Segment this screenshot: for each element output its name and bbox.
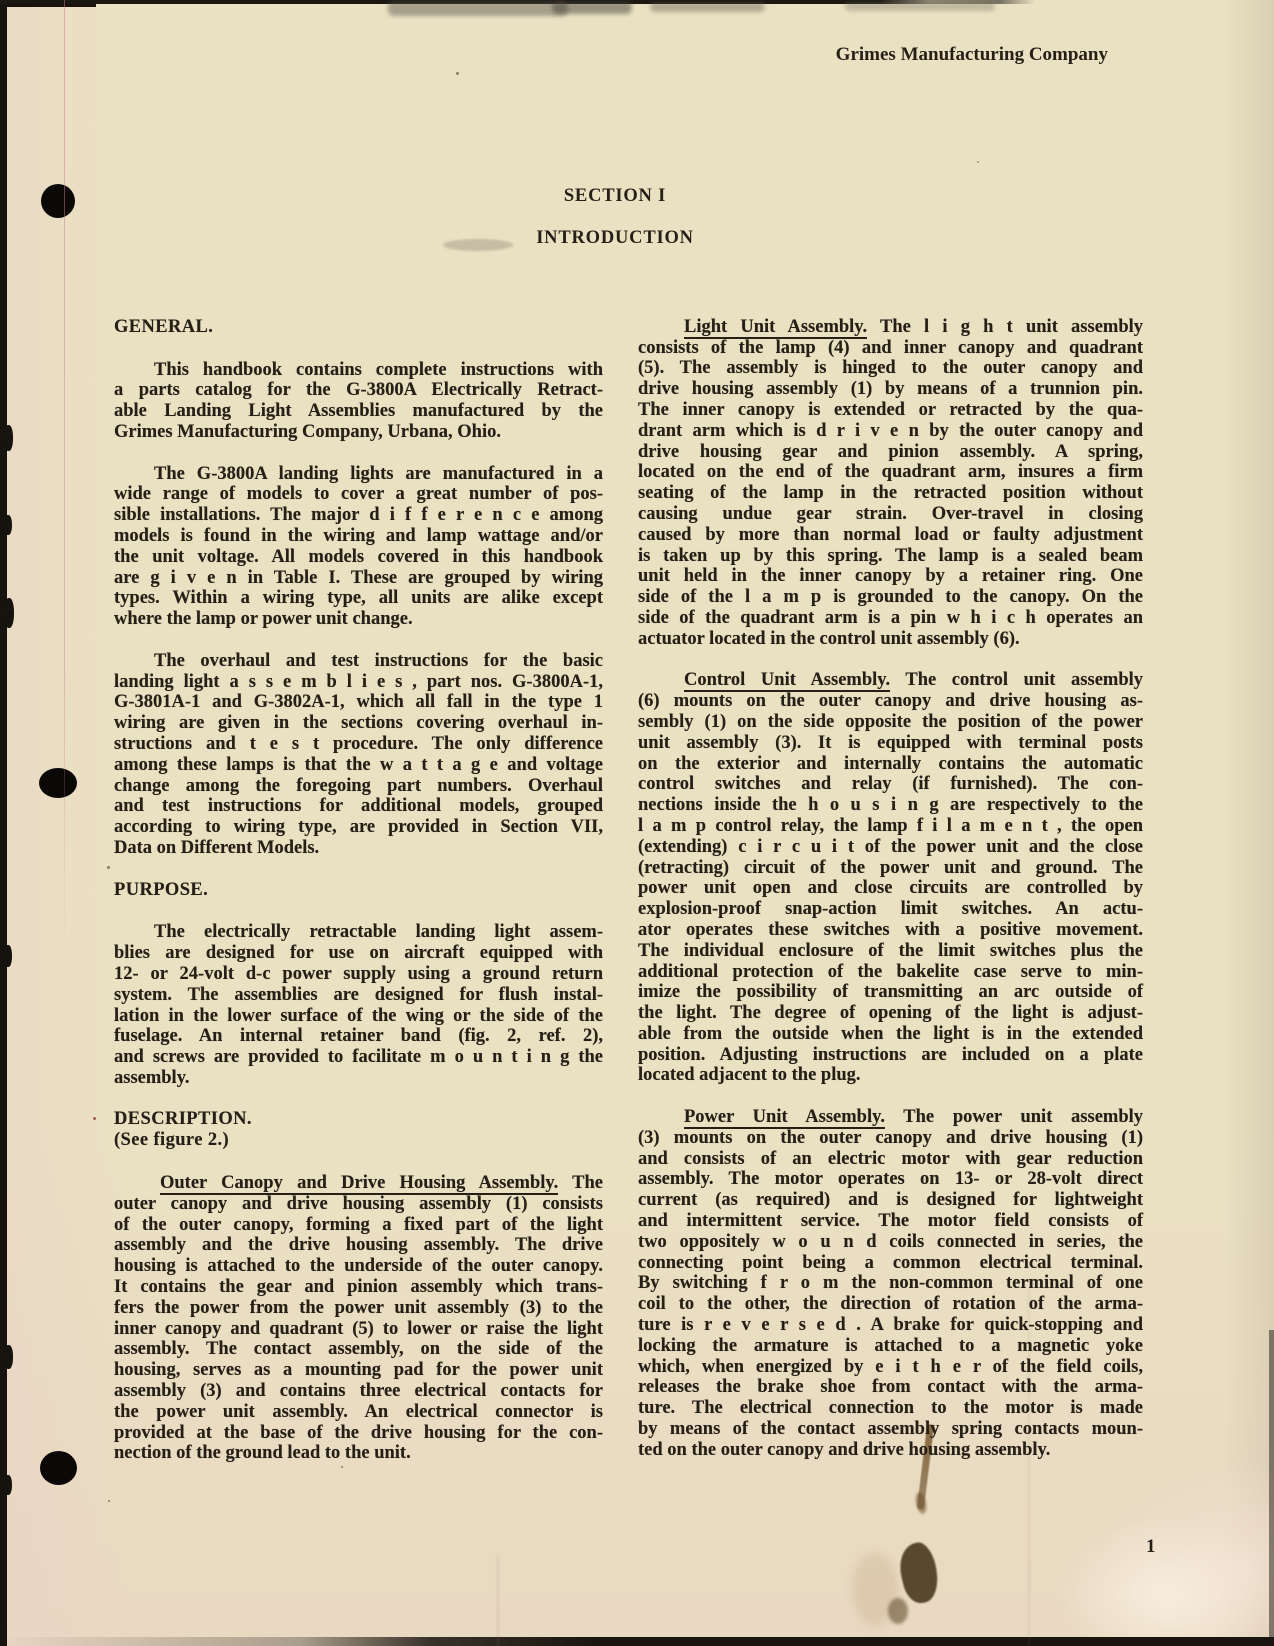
text-line: and consists of an electric motor with g… <box>638 1149 1143 1170</box>
text-line: provided at the base of the drive housin… <box>114 1423 603 1444</box>
section-heading: GENERAL. <box>114 317 603 338</box>
brown-stain-blob <box>894 1540 943 1607</box>
paper-edge-tear <box>4 945 12 967</box>
left-column: GENERAL.This handbook contains complete … <box>114 296 603 1464</box>
text-line: able Landing Light Assemblies manufactur… <box>114 401 603 422</box>
text-line: according to wiring type, are provided i… <box>114 817 603 838</box>
text-line: assembly and the drive housing assembly.… <box>114 1235 603 1256</box>
text-line: The G-3800A landing lights are manufactu… <box>114 464 603 485</box>
paper-edge-tear <box>4 1345 13 1369</box>
text-line: 12- or 24-volt d-c power supply using a … <box>114 964 603 985</box>
text-line: Control Unit Assembly. The control unit … <box>638 670 1143 691</box>
text-line: control switches and relay (if furnished… <box>638 774 1143 795</box>
ink-smudge <box>552 1 632 14</box>
paragraph: This handbook contains complete instruct… <box>114 360 603 443</box>
paper-speck <box>107 866 110 869</box>
paper-speck <box>977 161 979 163</box>
text-line: side of the quadrant arm is a pin w h i … <box>638 608 1143 629</box>
text-line: housing, serves as a mounting pad for th… <box>114 1360 603 1381</box>
text-line: inner canopy and quadrant (5) to lower o… <box>114 1319 603 1340</box>
paper-speck <box>341 1466 343 1468</box>
paragraph: The G-3800A landing lights are manufactu… <box>114 464 603 630</box>
text-line: The electrically retractable landing lig… <box>114 922 603 943</box>
paragraph: Control Unit Assembly. The control unit … <box>638 670 1143 1086</box>
paragraph: Outer Canopy and Drive Housing Assembly.… <box>114 1173 603 1464</box>
text-line: sible installations. The major d i f f e… <box>114 505 603 526</box>
scanned-manual-page: Grimes Manufacturing Company SECTION I I… <box>0 0 1274 1646</box>
text-line: drant arm which is d r i v e n by the ou… <box>638 421 1143 442</box>
text-line: where the lamp or power unit change. <box>114 609 603 630</box>
text-line: Power Unit Assembly. The power unit asse… <box>638 1107 1143 1128</box>
text-line: This handbook contains complete instruct… <box>114 360 603 381</box>
text-line: explosion-proof snap-action limit switch… <box>638 899 1143 920</box>
paper-edge-tear <box>4 598 14 628</box>
hole-punch <box>39 768 77 798</box>
text-line: drive housing assembly (1) by means of a… <box>638 379 1143 400</box>
scan-edge-bottom <box>0 1637 1274 1646</box>
text-line: sembly (1) on the side opposite the posi… <box>638 712 1143 733</box>
text-line: types. Within a wiring type, all units a… <box>114 588 603 609</box>
text-line: by means of the contact assembly spring … <box>638 1419 1143 1440</box>
text-line: located adjacent to the plug. <box>638 1065 1143 1086</box>
text-line: l a m p control relay, the lamp f i l a … <box>638 816 1143 837</box>
stain-smear <box>852 1552 898 1626</box>
text-line: wide range of models to cover a great nu… <box>114 484 603 505</box>
text-line: (extending) c i r c u i t of the power u… <box>638 837 1143 858</box>
text-line: The inner canopy is extended or retracte… <box>638 400 1143 421</box>
ink-smudge <box>845 2 995 11</box>
text-line: of the outer canopy, forming a fixed par… <box>114 1215 603 1236</box>
text-line: outer canopy and drive housing assembly … <box>114 1194 603 1215</box>
text-line: ator operates these switches with a posi… <box>638 920 1143 941</box>
text-line: the unit voltage. All models covered in … <box>114 547 603 568</box>
text-line: and intermittent service. The motor fiel… <box>638 1211 1143 1232</box>
text-line: actuator located in the control unit ass… <box>638 629 1143 650</box>
section-subtitle: INTRODUCTION <box>0 228 1230 249</box>
runin-heading: Outer Canopy and Drive Housing Assembly. <box>160 1173 558 1195</box>
text-line: ture. The electrical connection to the m… <box>638 1398 1143 1419</box>
text-line: lation in the lower surface of the wing … <box>114 1006 603 1027</box>
text-line: system. The assemblies are designed for … <box>114 985 603 1006</box>
text-line: able from the outside when the light is … <box>638 1024 1143 1045</box>
text-line: nections inside the h o u s i n g are re… <box>638 795 1143 816</box>
text-line: and screws are provided to facilitate m … <box>114 1047 603 1068</box>
text-line: consists of the lamp (4) and inner canop… <box>638 338 1143 359</box>
ruled-margin-line <box>64 0 65 960</box>
text-line: assembly (3) and contains three electric… <box>114 1381 603 1402</box>
text-line: power unit open and close circuits are c… <box>638 878 1143 899</box>
paper-speck <box>93 1117 96 1120</box>
text-line: drive housing gear and pinion assembly. … <box>638 442 1143 463</box>
text-line: locking the armature is attached to a ma… <box>638 1336 1143 1357</box>
section-heading: DESCRIPTION. <box>114 1109 603 1130</box>
text-line: a parts catalog for the G-3800A Electric… <box>114 380 603 401</box>
scan-edge-right <box>1269 1330 1274 1646</box>
paper-edge-tear <box>4 1475 12 1495</box>
text-line: housing is attached to the underside of … <box>114 1256 603 1277</box>
text-line: assembly. The contact assembly, on the s… <box>114 1339 603 1360</box>
paper-edge-tear <box>4 425 13 451</box>
section-heading: (See figure 2.) <box>114 1130 603 1151</box>
text-line: seating of the lamp in the retracted pos… <box>638 483 1143 504</box>
scan-edge-top <box>0 0 1035 4</box>
text-line: side of the l a m p is grounded to the c… <box>638 587 1143 608</box>
text-line: Light Unit Assembly. The l i g h t unit … <box>638 317 1143 338</box>
text-line: structions and t e s t procedure. The on… <box>114 734 603 755</box>
text-line: Grimes Manufacturing Company, Urbana, Oh… <box>114 422 603 443</box>
text-line: (3) mounts on the outer canopy and drive… <box>638 1128 1143 1149</box>
text-line: releases the brake shoe from contact wit… <box>638 1377 1143 1398</box>
paragraph: Light Unit Assembly. The l i g h t unit … <box>638 317 1143 650</box>
text-line: are g i v e n in Table I. These are grou… <box>114 568 603 589</box>
paragraph: Power Unit Assembly. The power unit asse… <box>638 1107 1143 1461</box>
text-line: causing undue gear strain. Over-travel i… <box>638 504 1143 525</box>
paper-crease <box>497 1556 499 1646</box>
text-line: and test instructions for additional mod… <box>114 796 603 817</box>
brown-stain-blob <box>888 1598 908 1624</box>
section-title: SECTION I <box>0 186 1230 207</box>
text-line: G-3801A-1 and G-3802A-1, which all fall … <box>114 692 603 713</box>
paper-edge-tear <box>4 515 12 535</box>
text-line: nection of the ground lead to the unit. <box>114 1443 603 1464</box>
text-line: which, when energized by e i t h e r of … <box>638 1357 1143 1378</box>
text-line: ture is r e v e r s e d . A brake for qu… <box>638 1315 1143 1336</box>
text-line: connecting point being a common electric… <box>638 1253 1143 1274</box>
section-heading: PURPOSE. <box>114 880 603 901</box>
text-line: additional protection of the bakelite ca… <box>638 962 1143 983</box>
page-number: 1 <box>1146 1536 1156 1558</box>
ink-smudge <box>388 1 568 16</box>
text-line: fuselage. An internal retainer band (fig… <box>114 1026 603 1047</box>
paragraph: The electrically retractable landing lig… <box>114 922 603 1088</box>
text-line: By switching f r o m the non-common term… <box>638 1273 1143 1294</box>
text-line: the power unit assembly. An electrical c… <box>114 1402 603 1423</box>
paragraph: The overhaul and test instructions for t… <box>114 651 603 859</box>
text-line: the light. The degree of opening of the … <box>638 1003 1143 1024</box>
text-line: It contains the gear and pinion assembly… <box>114 1277 603 1298</box>
text-line: fers the power from the power unit assem… <box>114 1298 603 1319</box>
text-line: located on the end of the quadrant arm, … <box>638 462 1143 483</box>
text-line: models is found in the wiring and lamp w… <box>114 526 603 547</box>
brown-stain-streak <box>914 1491 928 1515</box>
text-line: (6) mounts on the outer canopy and drive… <box>638 691 1143 712</box>
ink-smudge <box>650 2 765 12</box>
text-line: Outer Canopy and Drive Housing Assembly.… <box>114 1173 603 1194</box>
text-line: wiring are given in the sections coverin… <box>114 713 603 734</box>
text-line: The individual enclosure of the limit sw… <box>638 941 1143 962</box>
runin-heading: Control Unit Assembly. <box>684 670 890 692</box>
text-line: unit held in the inner canopy by a retai… <box>638 566 1143 587</box>
text-line: assembly. The motor operates on 13- or 2… <box>638 1169 1143 1190</box>
text-line: current (as required) and is designed fo… <box>638 1190 1143 1211</box>
paper-speck <box>456 72 459 75</box>
text-line: among these lamps is that the w a t t a … <box>114 755 603 776</box>
text-line: unit assembly (3). It is equipped with t… <box>638 733 1143 754</box>
text-line: Data on Different Models. <box>114 838 603 859</box>
text-line: change among the foregoing part numbers.… <box>114 776 603 797</box>
paper-speck <box>108 1500 110 1502</box>
scan-corner-top-left <box>0 0 96 7</box>
runin-heading: Light Unit Assembly. <box>684 317 867 339</box>
text-line: caused by more than normal load or fault… <box>638 525 1143 546</box>
text-line: is taken up by this spring. The lamp is … <box>638 546 1143 567</box>
right-column: Light Unit Assembly. The l i g h t unit … <box>638 296 1143 1461</box>
runin-heading: Power Unit Assembly. <box>684 1107 885 1129</box>
text-line: coil to the other, the direction of rota… <box>638 1294 1143 1315</box>
hole-punch <box>40 1451 77 1485</box>
company-header: Grimes Manufacturing Company <box>0 44 1108 66</box>
text-line: on the exterior and internally contains … <box>638 754 1143 775</box>
text-line: imize the possibility of transmitting an… <box>638 982 1143 1003</box>
text-line: landing light a s s e m b l i e s , part… <box>114 672 603 693</box>
text-line: ted on the outer canopy and drive housin… <box>638 1440 1143 1461</box>
text-line: The overhaul and test instructions for t… <box>114 651 603 672</box>
text-line: (5). The assembly is hinged to the outer… <box>638 358 1143 379</box>
text-line: (retracting) circuit of the power unit a… <box>638 858 1143 879</box>
text-line: assembly. <box>114 1068 603 1089</box>
text-line: blies are designed for use on aircraft e… <box>114 943 603 964</box>
text-line: position. Adjusting instructions are inc… <box>638 1045 1143 1066</box>
text-line: two oppositely w o u n d coils connected… <box>638 1232 1143 1253</box>
